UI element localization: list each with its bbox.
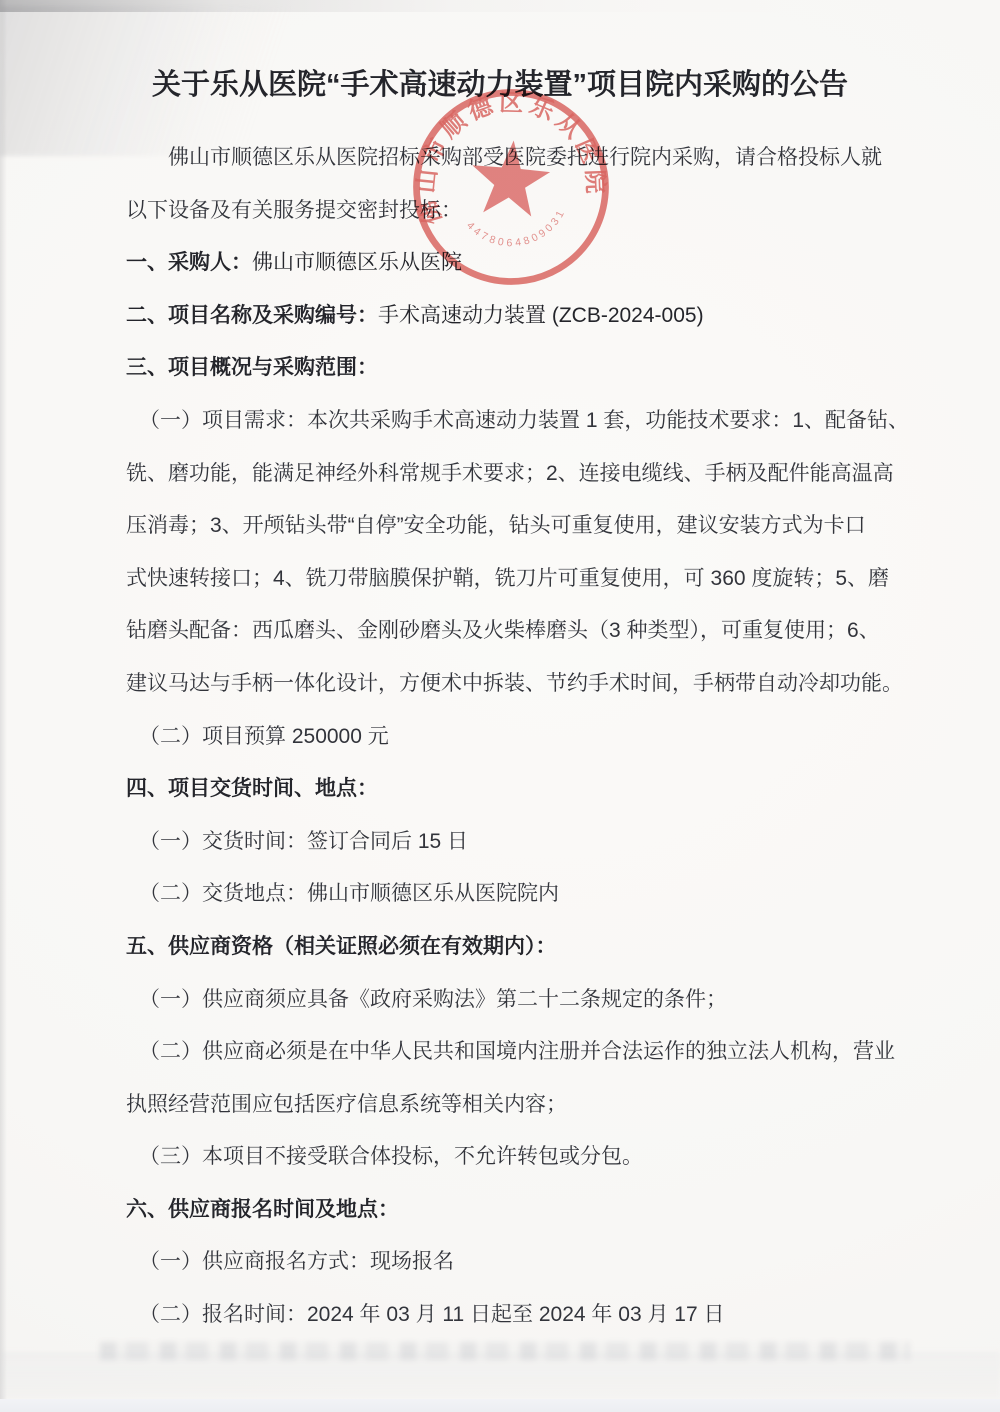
paragraph-line: 钻磨头配备：西瓜磨头、金刚砂磨头及火柴棒磨头（3 种类型），可重复使用；6、 <box>126 605 882 658</box>
official-seal: 佛山市顺德区乐从医院 4478064809031 <box>391 67 631 307</box>
list-item: （三）本项目不接受联合体投标，不允许转包或分包。 <box>126 1131 882 1184</box>
document-page: 关于乐从医院“手术高速动力装置”项目院内采购的公告 佛山市顺德区乐从医院招标采购… <box>0 0 1000 1412</box>
paragraph-line: 执照经营范围应包括医疗信息系统等相关内容； <box>126 1079 882 1132</box>
list-item-delivery-place: （二）交货地点：佛山市顺德区乐从医院院内 <box>126 868 882 921</box>
scan-edge-bottom <box>0 1399 1000 1412</box>
list-item: （一）供应商须应具备《政府采购法》第二十二条规定的条件； <box>126 974 882 1027</box>
list-item-budget: （二）项目预算 250000 元 <box>126 711 882 764</box>
paragraph-line: 建议马达与手柄一体化设计，方便术中拆装、节约手术时间，手柄带自动冷却功能。 <box>126 658 882 711</box>
section-heading-registration: 六、供应商报名时间及地点： <box>126 1184 882 1237</box>
star-icon <box>468 137 552 218</box>
paragraph-line: 式快速转接口；4、铣刀带脑膜保护鞘，铣刀片可重复使用，可 360 度旋转；5、磨 <box>126 553 882 606</box>
seal-code-text: 4478064809031 <box>463 205 573 257</box>
scanned-document-page: { "document": { "title": "关于乐从医院“手术高速动力装… <box>0 0 1000 1412</box>
list-item: （一）项目需求：本次共采购手术高速动力装置 1 套，功能技术要求：1、配备钻、 <box>126 395 882 448</box>
seal-org-text: 佛山市顺德区乐从医院 <box>398 74 612 228</box>
scan-edge-shadow-left <box>0 0 7 1412</box>
list-item-delivery-time: （一）交货时间：签订合同后 15 日 <box>126 816 882 869</box>
section-heading-qualification: 五、供应商资格（相关证照必须在有效期内）： <box>126 921 882 974</box>
list-item-registration-time: （二）报名时间：2024 年 03 月 11 日起至 2024 年 03 月 1… <box>126 1289 882 1342</box>
scan-shadow-bottom <box>0 1352 1000 1398</box>
document-body: 佛山市顺德区乐从医院招标采购部受医院委托进行院内采购，请合格投标人就 以下设备及… <box>126 132 882 1342</box>
section-heading-scope: 三、项目概况与采购范围： <box>126 342 882 395</box>
list-item-registration-method: （一）供应商报名方式：现场报名 <box>126 1236 882 1289</box>
section-heading-delivery: 四、项目交货时间、地点： <box>126 763 882 816</box>
paragraph-line: 压消毒；3、开颅钻头带“自停”安全功能，钻头可重复使用，建议安装方式为卡口 <box>126 500 882 553</box>
paragraph-line: 铣、磨功能，能满足神经外科常规手术要求；2、连接电缆线、手柄及配件能高温高 <box>126 448 882 501</box>
section-heading-project-name: 二、项目名称及采购编号：手术高速动力装置 (ZCB-2024-005) <box>126 290 882 343</box>
list-item: （二）供应商必须是在中华人民共和国境内注册并合法运作的独立法人机构，营业 <box>126 1026 882 1079</box>
